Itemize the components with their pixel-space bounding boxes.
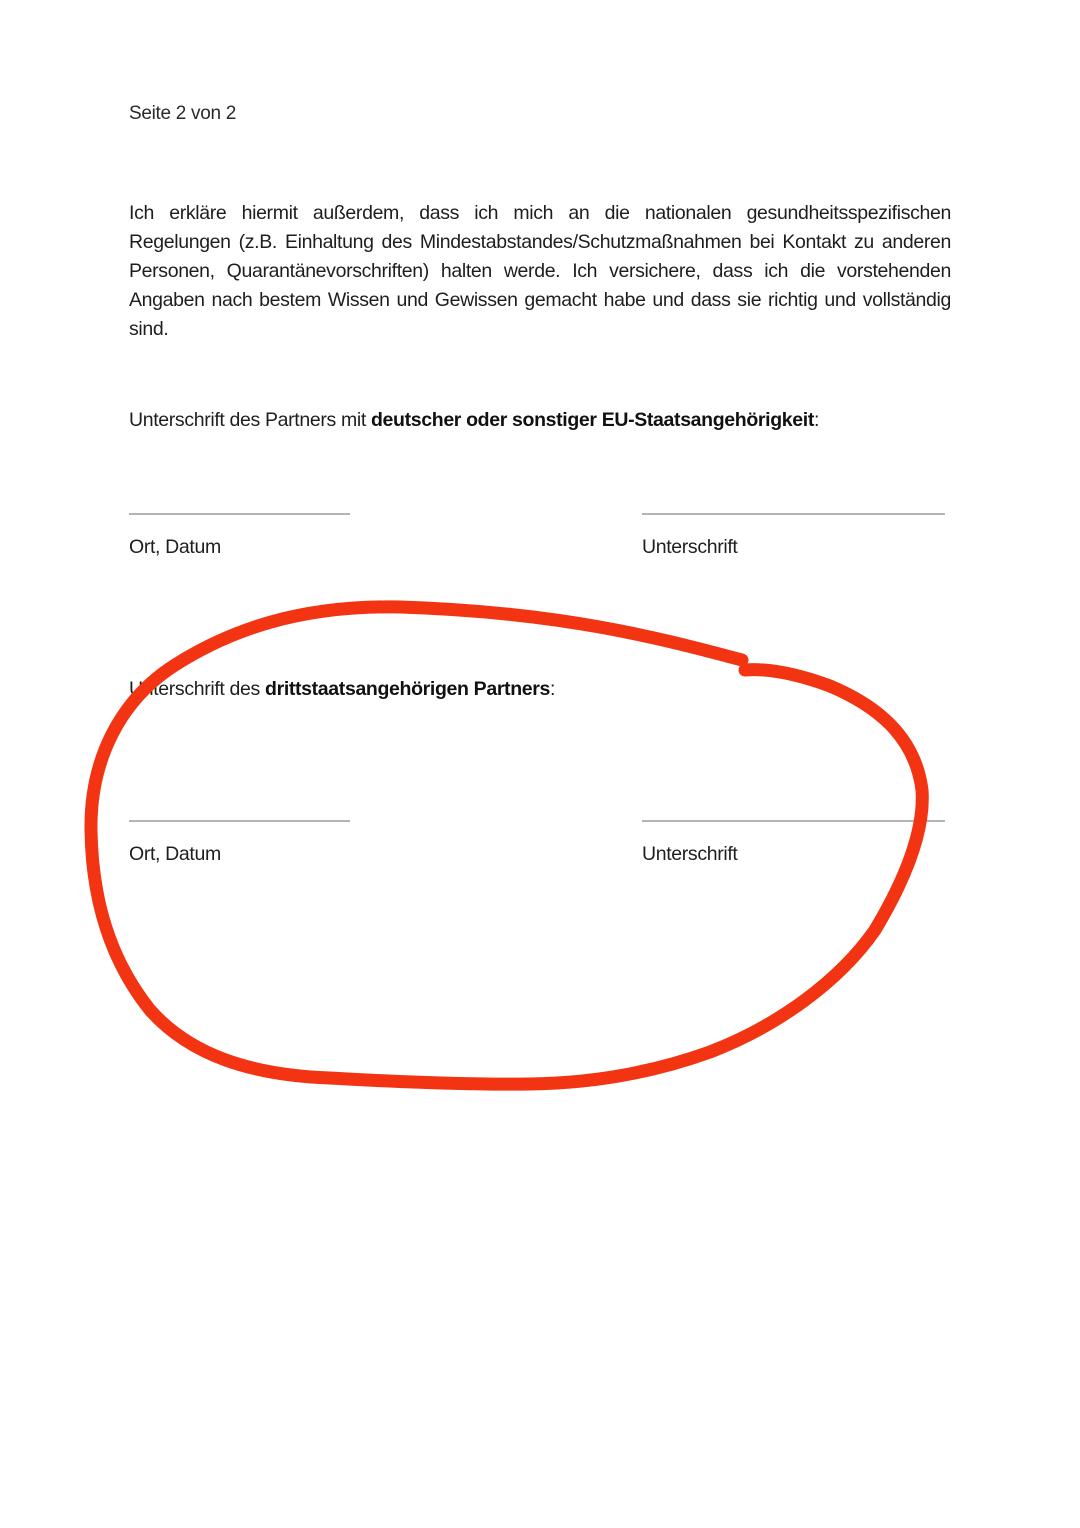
signature-line[interactable] — [642, 513, 945, 515]
place-date-signature-line[interactable] — [129, 820, 350, 822]
third-country-partner-label-bold: drittstaatsangehörigen Partners — [265, 678, 550, 700]
place-date-signature-line[interactable] — [129, 513, 350, 515]
signature-caption: Unterschrift — [642, 536, 738, 559]
signature-line[interactable] — [642, 820, 945, 822]
place-date-caption: Ort, Datum — [129, 843, 221, 866]
eu-partner-label-bold: deutscher oder sonstiger EU-Staatsangehö… — [371, 409, 814, 431]
third-country-partner-label: Unterschrift des drittstaatsangehörigen … — [129, 678, 555, 701]
page-indicator: Seite 2 von 2 — [129, 103, 236, 125]
signature-caption: Unterschrift — [642, 843, 738, 866]
eu-partner-label: Unterschrift des Partners mit deutscher … — [129, 409, 819, 432]
place-date-caption: Ort, Datum — [129, 536, 221, 559]
declaration-paragraph: Ich erkläre hiermit außerdem, dass ich m… — [129, 199, 951, 344]
